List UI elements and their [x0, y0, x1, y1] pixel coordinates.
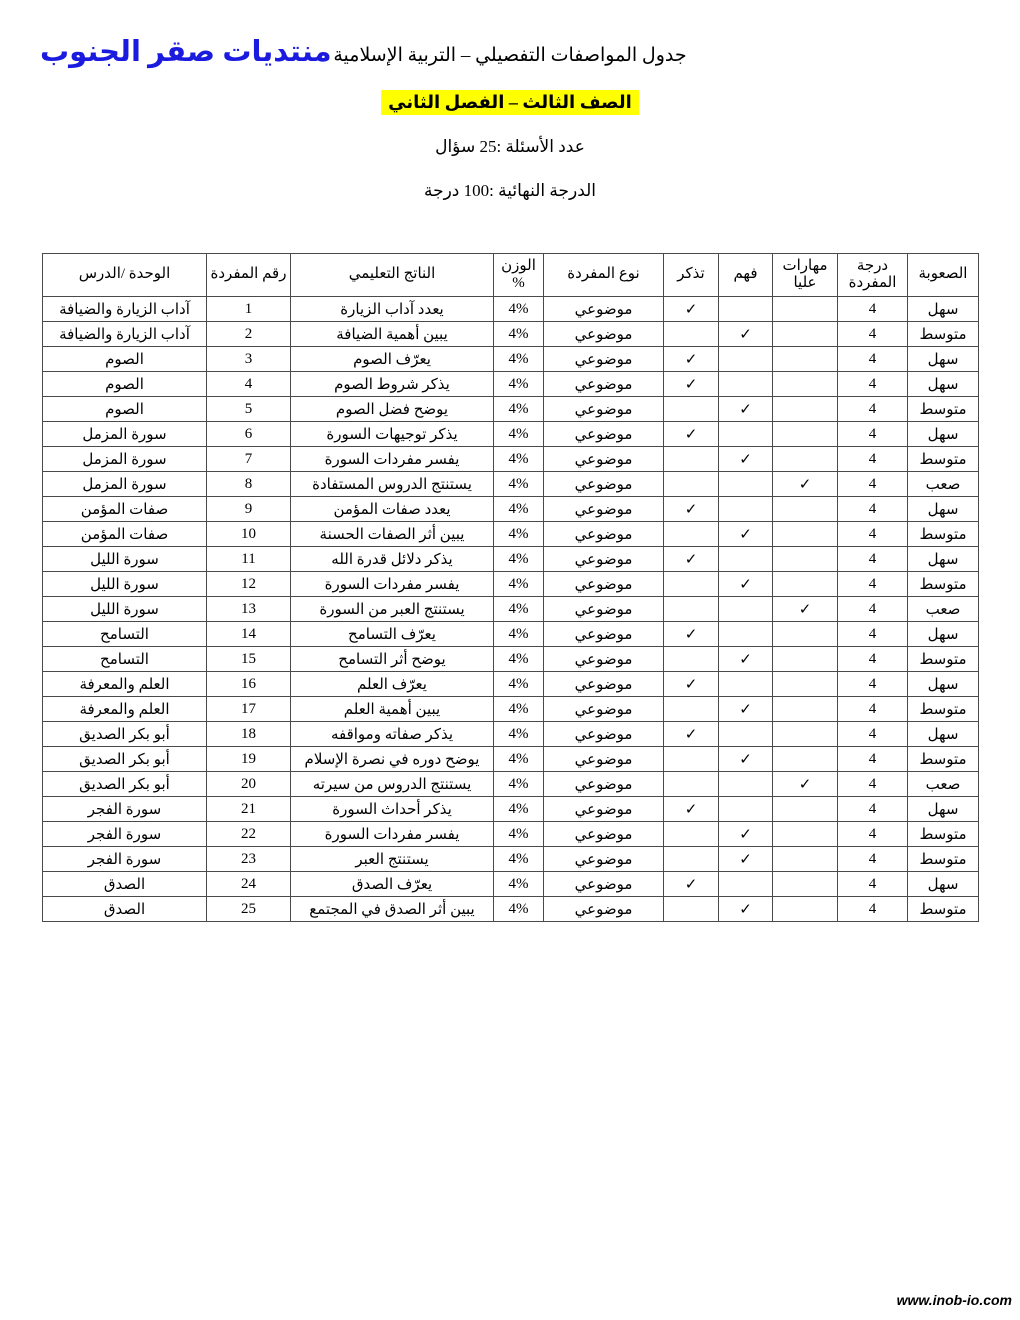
- understand-check-cell: ✓: [719, 822, 773, 847]
- table-row: سورة الليل12يفسر مفردات السورة4%موضوعي✓4…: [43, 572, 979, 597]
- weight-cell: 4%: [494, 697, 544, 722]
- weight-cell: 4%: [494, 297, 544, 322]
- difficulty-cell: سهل: [908, 622, 979, 647]
- higher-skills-check-cell: [773, 522, 838, 547]
- table-row: التسامح15يوضح أثر التسامح4%موضوعي✓4متوسط: [43, 647, 979, 672]
- outcome-cell: يبين أثر الصفات الحسنة: [291, 522, 494, 547]
- outcome-cell: يفسر مفردات السورة: [291, 572, 494, 597]
- table-row: سورة الليل11يذكر دلائل قدرة الله4%موضوعي…: [43, 547, 979, 572]
- remember-check-cell: ✓: [664, 622, 719, 647]
- higher-skills-check-cell: [773, 297, 838, 322]
- unit-cell: سورة الفجر: [43, 822, 207, 847]
- score-cell: 4: [838, 897, 908, 922]
- item-no-cell: 3: [207, 347, 291, 372]
- weight-cell: 4%: [494, 497, 544, 522]
- col-header-difficulty: الصعوبة: [908, 254, 979, 297]
- type-cell: موضوعي: [544, 522, 664, 547]
- weight-cell: 4%: [494, 897, 544, 922]
- type-cell: موضوعي: [544, 722, 664, 747]
- unit-cell: الصوم: [43, 347, 207, 372]
- score-cell: 4: [838, 322, 908, 347]
- understand-check-cell: [719, 597, 773, 622]
- col-header-item-type: نوع المفردة: [544, 254, 664, 297]
- weight-cell: 4%: [494, 622, 544, 647]
- item-no-cell: 12: [207, 572, 291, 597]
- remember-check-cell: ✓: [664, 672, 719, 697]
- table-row: الصوم3يعرّف الصوم4%موضوعي✓4سهل: [43, 347, 979, 372]
- score-cell: 4: [838, 822, 908, 847]
- table-row: الصوم5يوضح فضل الصوم4%موضوعي✓4متوسط: [43, 397, 979, 422]
- higher-skills-check-cell: ✓: [773, 597, 838, 622]
- outcome-cell: يذكر شروط الصوم: [291, 372, 494, 397]
- difficulty-cell: متوسط: [908, 897, 979, 922]
- understand-check-cell: ✓: [719, 397, 773, 422]
- item-no-cell: 23: [207, 847, 291, 872]
- score-cell: 4: [838, 472, 908, 497]
- outcome-cell: يعرّف الصوم: [291, 347, 494, 372]
- remember-check-cell: [664, 472, 719, 497]
- outcome-cell: يبين أهمية الضيافة: [291, 322, 494, 347]
- higher-skills-check-cell: [773, 697, 838, 722]
- type-cell: موضوعي: [544, 797, 664, 822]
- type-cell: موضوعي: [544, 497, 664, 522]
- item-no-cell: 13: [207, 597, 291, 622]
- unit-cell: التسامح: [43, 647, 207, 672]
- higher-skills-check-cell: [773, 622, 838, 647]
- type-cell: موضوعي: [544, 897, 664, 922]
- spec-table-body: آداب الزيارة والضيافة1يعدد آداب الزيارة4…: [43, 297, 979, 922]
- score-cell: 4: [838, 847, 908, 872]
- remember-check-cell: [664, 897, 719, 922]
- understand-check-cell: [719, 472, 773, 497]
- type-cell: موضوعي: [544, 547, 664, 572]
- item-no-cell: 8: [207, 472, 291, 497]
- higher-skills-check-cell: [773, 872, 838, 897]
- table-row: أبو بكر الصديق20يستنتج الدروس من سيرته4%…: [43, 772, 979, 797]
- difficulty-cell: سهل: [908, 872, 979, 897]
- item-no-cell: 21: [207, 797, 291, 822]
- unit-cell: الصوم: [43, 397, 207, 422]
- unit-cell: أبو بكر الصديق: [43, 722, 207, 747]
- remember-check-cell: [664, 822, 719, 847]
- score-cell: 4: [838, 422, 908, 447]
- remember-check-cell: [664, 647, 719, 672]
- table-row: الصدق24يعرّف الصدق4%موضوعي✓4سهل: [43, 872, 979, 897]
- difficulty-cell: سهل: [908, 497, 979, 522]
- outcome-cell: يعرّف التسامح: [291, 622, 494, 647]
- weight-cell: 4%: [494, 472, 544, 497]
- type-cell: موضوعي: [544, 422, 664, 447]
- outcome-cell: يعرّف العلم: [291, 672, 494, 697]
- weight-cell: 4%: [494, 672, 544, 697]
- table-row: آداب الزيارة والضيافة1يعدد آداب الزيارة4…: [43, 297, 979, 322]
- score-cell: 4: [838, 622, 908, 647]
- difficulty-cell: صعب: [908, 597, 979, 622]
- weight-cell: 4%: [494, 647, 544, 672]
- type-cell: موضوعي: [544, 822, 664, 847]
- final-grade-line: الدرجة النهائية :100 درجة: [0, 181, 1020, 201]
- type-cell: موضوعي: [544, 597, 664, 622]
- table-row: سورة المزمل6يذكر توجيهات السورة4%موضوعي✓…: [43, 422, 979, 447]
- type-cell: موضوعي: [544, 447, 664, 472]
- unit-cell: سورة الفجر: [43, 797, 207, 822]
- unit-cell: أبو بكر الصديق: [43, 747, 207, 772]
- item-no-cell: 19: [207, 747, 291, 772]
- score-cell: 4: [838, 372, 908, 397]
- remember-check-cell: [664, 697, 719, 722]
- higher-skills-check-cell: [773, 747, 838, 772]
- higher-skills-check-cell: [773, 322, 838, 347]
- difficulty-cell: متوسط: [908, 697, 979, 722]
- questions-count-line: عدد الأسئلة :25 سؤال: [0, 137, 1020, 157]
- unit-cell: الصوم: [43, 372, 207, 397]
- difficulty-cell: سهل: [908, 297, 979, 322]
- understand-check-cell: [719, 722, 773, 747]
- type-cell: موضوعي: [544, 622, 664, 647]
- understand-check-cell: [719, 797, 773, 822]
- weight-cell: 4%: [494, 822, 544, 847]
- higher-skills-check-cell: ✓: [773, 472, 838, 497]
- item-no-cell: 14: [207, 622, 291, 647]
- understand-check-cell: ✓: [719, 897, 773, 922]
- outcome-cell: يعدد صفات المؤمن: [291, 497, 494, 522]
- understand-check-cell: [719, 672, 773, 697]
- weight-cell: 4%: [494, 847, 544, 872]
- unit-cell: سورة الليل: [43, 547, 207, 572]
- score-cell: 4: [838, 447, 908, 472]
- understand-check-cell: ✓: [719, 847, 773, 872]
- col-header-unit: الوحدة /الدرس: [43, 254, 207, 297]
- item-no-cell: 15: [207, 647, 291, 672]
- unit-cell: العلم والمعرفة: [43, 672, 207, 697]
- table-row: سورة المزمل7يفسر مفردات السورة4%موضوعي✓4…: [43, 447, 979, 472]
- difficulty-cell: سهل: [908, 547, 979, 572]
- remember-check-cell: [664, 747, 719, 772]
- outcome-cell: يستنتج العبر من السورة: [291, 597, 494, 622]
- unit-cell: سورة المزمل: [43, 422, 207, 447]
- unit-cell: آداب الزيارة والضيافة: [43, 322, 207, 347]
- difficulty-cell: متوسط: [908, 322, 979, 347]
- weight-cell: 4%: [494, 522, 544, 547]
- type-cell: موضوعي: [544, 372, 664, 397]
- outcome-cell: يفسر مفردات السورة: [291, 447, 494, 472]
- remember-check-cell: ✓: [664, 422, 719, 447]
- type-cell: موضوعي: [544, 472, 664, 497]
- unit-cell: سورة الليل: [43, 572, 207, 597]
- understand-check-cell: ✓: [719, 522, 773, 547]
- unit-cell: سورة المزمل: [43, 447, 207, 472]
- item-no-cell: 11: [207, 547, 291, 572]
- unit-cell: آداب الزيارة والضيافة: [43, 297, 207, 322]
- weight-cell: 4%: [494, 322, 544, 347]
- unit-cell: سورة الفجر: [43, 847, 207, 872]
- difficulty-cell: صعب: [908, 772, 979, 797]
- difficulty-cell: متوسط: [908, 447, 979, 472]
- weight-cell: 4%: [494, 422, 544, 447]
- item-no-cell: 10: [207, 522, 291, 547]
- higher-skills-check-cell: [773, 722, 838, 747]
- table-row: صفات المؤمن10يبين أثر الصفات الحسنة4%موض…: [43, 522, 979, 547]
- weight-cell: 4%: [494, 447, 544, 472]
- unit-cell: أبو بكر الصديق: [43, 772, 207, 797]
- score-cell: 4: [838, 497, 908, 522]
- score-cell: 4: [838, 572, 908, 597]
- understand-check-cell: [719, 347, 773, 372]
- type-cell: موضوعي: [544, 847, 664, 872]
- understand-check-cell: [719, 622, 773, 647]
- score-cell: 4: [838, 347, 908, 372]
- table-row: الصوم4يذكر شروط الصوم4%موضوعي✓4سهل: [43, 372, 979, 397]
- table-row: سورة الفجر22يفسر مفردات السورة4%موضوعي✓4…: [43, 822, 979, 847]
- type-cell: موضوعي: [544, 772, 664, 797]
- item-no-cell: 4: [207, 372, 291, 397]
- table-row: آداب الزيارة والضيافة2يبين أهمية الضيافة…: [43, 322, 979, 347]
- item-no-cell: 22: [207, 822, 291, 847]
- score-cell: 4: [838, 747, 908, 772]
- table-row: سورة الفجر23يستنتج العبر4%موضوعي✓4متوسط: [43, 847, 979, 872]
- understand-check-cell: [719, 297, 773, 322]
- unit-cell: العلم والمعرفة: [43, 697, 207, 722]
- type-cell: موضوعي: [544, 747, 664, 772]
- type-cell: موضوعي: [544, 322, 664, 347]
- item-no-cell: 2: [207, 322, 291, 347]
- outcome-cell: يبين أثر الصدق في المجتمع: [291, 897, 494, 922]
- table-row: سورة المزمل8يستنتج الدروس المستفادة4%موض…: [43, 472, 979, 497]
- score-cell: 4: [838, 547, 908, 572]
- col-header-outcome: الناتج التعليمي: [291, 254, 494, 297]
- higher-skills-check-cell: [773, 797, 838, 822]
- remember-check-cell: [664, 847, 719, 872]
- outcome-cell: يوضح فضل الصوم: [291, 397, 494, 422]
- weight-cell: 4%: [494, 772, 544, 797]
- score-cell: 4: [838, 647, 908, 672]
- document-page: منتديات صقر الجنوب جدول المواصفات التفصي…: [0, 0, 1020, 1320]
- higher-skills-check-cell: [773, 347, 838, 372]
- col-header-understand: فهم: [719, 254, 773, 297]
- outcome-cell: يبين أهمية العلم: [291, 697, 494, 722]
- difficulty-cell: سهل: [908, 372, 979, 397]
- table-row: سورة الليل13يستنتج العبر من السورة4%موضو…: [43, 597, 979, 622]
- outcome-cell: يستنتج الدروس المستفادة: [291, 472, 494, 497]
- score-cell: 4: [838, 297, 908, 322]
- outcome-cell: يستنتج الدروس من سيرته: [291, 772, 494, 797]
- remember-check-cell: ✓: [664, 547, 719, 572]
- table-row: أبو بكر الصديق19يوضح دوره في نصرة الإسلا…: [43, 747, 979, 772]
- higher-skills-check-cell: ✓: [773, 772, 838, 797]
- outcome-cell: يعدد آداب الزيارة: [291, 297, 494, 322]
- understand-check-cell: [719, 872, 773, 897]
- score-cell: 4: [838, 397, 908, 422]
- higher-skills-check-cell: [773, 822, 838, 847]
- weight-cell: 4%: [494, 747, 544, 772]
- remember-check-cell: [664, 597, 719, 622]
- remember-check-cell: ✓: [664, 372, 719, 397]
- table-row: العلم والمعرفة17يبين أهمية العلم4%موضوعي…: [43, 697, 979, 722]
- difficulty-cell: متوسط: [908, 847, 979, 872]
- remember-check-cell: ✓: [664, 297, 719, 322]
- difficulty-cell: سهل: [908, 347, 979, 372]
- outcome-cell: يذكر توجيهات السورة: [291, 422, 494, 447]
- difficulty-cell: سهل: [908, 672, 979, 697]
- score-cell: 4: [838, 722, 908, 747]
- higher-skills-check-cell: [773, 572, 838, 597]
- col-header-remember: تذكر: [664, 254, 719, 297]
- remember-check-cell: [664, 772, 719, 797]
- outcome-cell: يفسر مفردات السورة: [291, 822, 494, 847]
- understand-check-cell: ✓: [719, 647, 773, 672]
- understand-check-cell: [719, 422, 773, 447]
- item-no-cell: 6: [207, 422, 291, 447]
- score-cell: 4: [838, 797, 908, 822]
- weight-cell: 4%: [494, 372, 544, 397]
- item-no-cell: 18: [207, 722, 291, 747]
- understand-check-cell: [719, 497, 773, 522]
- higher-skills-check-cell: [773, 897, 838, 922]
- higher-skills-check-cell: [773, 847, 838, 872]
- higher-skills-check-cell: [773, 647, 838, 672]
- difficulty-cell: متوسط: [908, 747, 979, 772]
- unit-cell: الصدق: [43, 897, 207, 922]
- item-no-cell: 17: [207, 697, 291, 722]
- remember-check-cell: [664, 322, 719, 347]
- difficulty-cell: متوسط: [908, 822, 979, 847]
- difficulty-cell: متوسط: [908, 397, 979, 422]
- remember-check-cell: [664, 522, 719, 547]
- outcome-cell: يوضح دوره في نصرة الإسلام: [291, 747, 494, 772]
- remember-check-cell: ✓: [664, 722, 719, 747]
- type-cell: موضوعي: [544, 697, 664, 722]
- weight-cell: 4%: [494, 597, 544, 622]
- item-no-cell: 24: [207, 872, 291, 897]
- table-row: العلم والمعرفة16يعرّف العلم4%موضوعي✓4سهل: [43, 672, 979, 697]
- understand-check-cell: [719, 547, 773, 572]
- outcome-cell: يذكر أحداث السورة: [291, 797, 494, 822]
- weight-cell: 4%: [494, 797, 544, 822]
- difficulty-cell: صعب: [908, 472, 979, 497]
- item-no-cell: 7: [207, 447, 291, 472]
- outcome-cell: يذكر صفاته ومواقفه: [291, 722, 494, 747]
- outcome-cell: يعرّف الصدق: [291, 872, 494, 897]
- col-header-weight: الوزن %: [494, 254, 544, 297]
- weight-cell: 4%: [494, 872, 544, 897]
- col-header-item-no: رقم المفردة: [207, 254, 291, 297]
- weight-cell: 4%: [494, 572, 544, 597]
- col-header-item-score: درجة المفردة: [838, 254, 908, 297]
- col-header-higher-skills: مهارات عليا: [773, 254, 838, 297]
- remember-check-cell: ✓: [664, 347, 719, 372]
- difficulty-cell: سهل: [908, 722, 979, 747]
- difficulty-cell: متوسط: [908, 647, 979, 672]
- score-cell: 4: [838, 597, 908, 622]
- weight-cell: 4%: [494, 547, 544, 572]
- higher-skills-check-cell: [773, 547, 838, 572]
- item-no-cell: 20: [207, 772, 291, 797]
- understand-check-cell: ✓: [719, 322, 773, 347]
- class-semester-highlight: الصف الثالث – الفصل الثاني: [381, 90, 639, 115]
- type-cell: موضوعي: [544, 647, 664, 672]
- remember-check-cell: ✓: [664, 797, 719, 822]
- score-cell: 4: [838, 772, 908, 797]
- remember-check-cell: [664, 447, 719, 472]
- understand-check-cell: ✓: [719, 447, 773, 472]
- header-row: الوحدة /الدرس رقم المفردة الناتج التعليم…: [43, 254, 979, 297]
- weight-cell: 4%: [494, 722, 544, 747]
- unit-cell: سورة الليل: [43, 597, 207, 622]
- higher-skills-check-cell: [773, 447, 838, 472]
- score-cell: 4: [838, 672, 908, 697]
- table-row: سورة الفجر21يذكر أحداث السورة4%موضوعي✓4س…: [43, 797, 979, 822]
- type-cell: موضوعي: [544, 872, 664, 897]
- type-cell: موضوعي: [544, 572, 664, 597]
- understand-check-cell: ✓: [719, 747, 773, 772]
- outcome-cell: يوضح أثر التسامح: [291, 647, 494, 672]
- table-row: التسامح14يعرّف التسامح4%موضوعي✓4سهل: [43, 622, 979, 647]
- higher-skills-check-cell: [773, 372, 838, 397]
- unit-cell: سورة المزمل: [43, 472, 207, 497]
- higher-skills-check-cell: [773, 672, 838, 697]
- weight-cell: 4%: [494, 347, 544, 372]
- understand-check-cell: [719, 772, 773, 797]
- table-row: أبو بكر الصديق18يذكر صفاته ومواقفه4%موضو…: [43, 722, 979, 747]
- weight-cell: 4%: [494, 397, 544, 422]
- score-cell: 4: [838, 872, 908, 897]
- higher-skills-check-cell: [773, 497, 838, 522]
- higher-skills-check-cell: [773, 397, 838, 422]
- type-cell: موضوعي: [544, 297, 664, 322]
- understand-check-cell: ✓: [719, 572, 773, 597]
- difficulty-cell: سهل: [908, 422, 979, 447]
- item-no-cell: 16: [207, 672, 291, 697]
- difficulty-cell: متوسط: [908, 522, 979, 547]
- footer-url: www.inob-io.com: [897, 1292, 1012, 1308]
- score-cell: 4: [838, 697, 908, 722]
- difficulty-cell: متوسط: [908, 572, 979, 597]
- outcome-cell: يستنتج العبر: [291, 847, 494, 872]
- item-no-cell: 25: [207, 897, 291, 922]
- unit-cell: صفات المؤمن: [43, 497, 207, 522]
- remember-check-cell: [664, 572, 719, 597]
- unit-cell: الصدق: [43, 872, 207, 897]
- outcome-cell: يذكر دلائل قدرة الله: [291, 547, 494, 572]
- higher-skills-check-cell: [773, 422, 838, 447]
- remember-check-cell: ✓: [664, 872, 719, 897]
- specifications-table: الوحدة /الدرس رقم المفردة الناتج التعليم…: [42, 253, 979, 922]
- remember-check-cell: ✓: [664, 497, 719, 522]
- unit-cell: التسامح: [43, 622, 207, 647]
- type-cell: موضوعي: [544, 347, 664, 372]
- remember-check-cell: [664, 397, 719, 422]
- understand-check-cell: [719, 372, 773, 397]
- understand-check-cell: ✓: [719, 697, 773, 722]
- type-cell: موضوعي: [544, 397, 664, 422]
- type-cell: موضوعي: [544, 672, 664, 697]
- item-no-cell: 9: [207, 497, 291, 522]
- table-row: الصدق25يبين أثر الصدق في المجتمع4%موضوعي…: [43, 897, 979, 922]
- table-row: صفات المؤمن9يعدد صفات المؤمن4%موضوعي✓4سه…: [43, 497, 979, 522]
- unit-cell: صفات المؤمن: [43, 522, 207, 547]
- document-title: جدول المواصفات التفصيلي – التربية الإسلا…: [0, 44, 1020, 67]
- score-cell: 4: [838, 522, 908, 547]
- difficulty-cell: سهل: [908, 797, 979, 822]
- item-no-cell: 1: [207, 297, 291, 322]
- item-no-cell: 5: [207, 397, 291, 422]
